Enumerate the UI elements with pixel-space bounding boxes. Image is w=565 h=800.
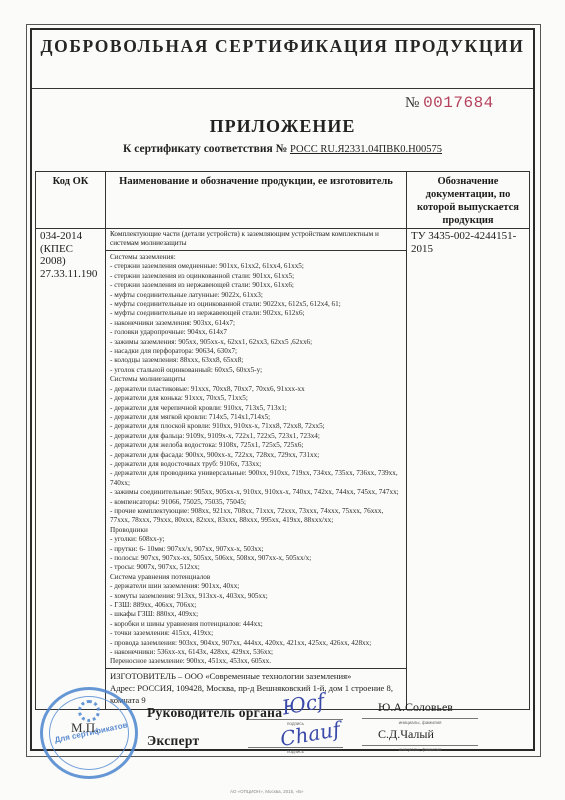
list-item: - шкафы ГЗШ: 880хх, 409хх; [110,610,402,619]
product-intro: Комплектующие части (детали устройств) к… [110,230,402,248]
list-section-heading: Переносное заземление: 900хх, 451хх, 453… [110,657,402,666]
list-item: - стержни заземления омедненные: 901хх, … [110,262,402,271]
list-item: - держатели для конька: 91ххх, 70хх5, 71… [110,394,402,403]
column-header-code: Код ОК [36,172,106,229]
column-header-name: Наименование и обозначение продукции, ее… [106,172,407,229]
list-item: - полосы: 907хх, 907хх-хх, 505хх, 506хх,… [110,554,402,563]
list-item: - компенсаторы: 91066, 75025, 75035, 750… [110,498,402,507]
appendix-subtitle: К сертификату соответствия № РОСС RU.Я23… [30,143,535,155]
seal-placeholder: М.П. [71,720,98,736]
list-item: - зажимы заземления: 905хх, 905хх-х, 62х… [110,338,402,347]
gear-emblem-icon [78,700,100,722]
list-item: - провода заземления: 903хх, 904хх, 907х… [110,639,402,648]
list-item: - тросы: 9007х, 907хх, 512хх; [110,563,402,572]
list-item: - муфты соединительные из нержавеющей ст… [110,309,402,318]
appendix-prefix: К сертификату соответствия № [123,143,287,155]
list-item: - наконечники: 536хх-хх, 6143х, 428хх, 4… [110,648,402,657]
list-section-heading: Системы заземления: [110,253,402,262]
doc-cell: ТУ 3435-002-4244151-2015 [407,229,530,710]
table-row: 034-2014(КПЕС 2008)27.33.11.190 Комплект… [36,229,530,669]
head-name-caption: инициалы, фамилия [362,720,478,725]
head-name-line [362,718,478,719]
code-cell: 034-2014(КПЕС 2008)27.33.11.190 [36,229,106,710]
list-item: - коробки и шины уравнения потенциалов: … [110,620,402,629]
list-item: - хомуты заземления: 913хх, 913хх-х, 403… [110,592,402,601]
manufacturer-name: ИЗГОТОВИТЕЛЬ – ООО «Современные технолог… [110,670,402,682]
list-item: - держатели для фасада: 900хх, 900хх-х, … [110,451,402,460]
code-line: 27.33.11.190 [40,268,101,281]
list-item: - держатели для мягкой кровли: 714х5, 71… [110,413,402,422]
list-item: - держатели шин заземления: 901хх, 40хх; [110,582,402,591]
head-name: Ю.А.Соловьев [378,700,453,715]
list-item: - держатели для черепичной кровли: 910хх… [110,404,402,413]
list-item: - держатели для плоской кровли: 910хх, 9… [110,422,402,431]
expert-signature-caption: подпись [248,749,343,754]
table-header-row: Код ОК Наименование и обозначение продук… [36,172,530,229]
product-list: Системы заземления:- стержни заземления … [106,250,406,667]
list-item: - зажимы соединительные: 905хх, 905хх-х,… [110,488,402,497]
list-item: - стержни заземления из нержавеющей стал… [110,281,402,290]
code-line: (КПЕС 2008) [40,243,101,268]
form-number: № 0017684 [405,94,494,112]
certification-heading: ДОБРОВОЛЬНАЯ СЕРТИФИКАЦИЯ ПРОДУКЦИИ [30,36,535,57]
manufacturer-cell: ИЗГОТОВИТЕЛЬ – ООО «Современные технолог… [106,668,407,709]
name-cell: Комплектующие части (детали устройств) к… [106,229,407,669]
expert-name-caption: инициалы, фамилия [362,747,478,752]
list-item: - наконечники заземления: 903хх, 614х7; [110,319,402,328]
product-table: Код ОК Наименование и обозначение продук… [35,171,530,710]
expert-name-line [362,745,478,746]
list-item: - точки заземления: 415хх, 419хх; [110,629,402,638]
list-item: - уголки: 608хх-у; [110,535,402,544]
expert-label: Эксперт [147,733,199,749]
list-item: - держатели для водосточных труб: 9106х,… [110,460,402,469]
code-line: 034-2014 [40,230,101,243]
list-item: - держатели для желоба водостока: 9108х,… [110,441,402,450]
header-divider [32,88,533,89]
list-item: - головки ударопрочные: 904хх, 614х7 [110,328,402,337]
certificate-reference: РОСС RU.Я2331.04ПВК0.Н00575 [290,144,442,155]
list-item: - стержни заземления из оцинкованной ста… [110,272,402,281]
list-section-heading: Системы молниезащиты [110,375,402,384]
list-item: - прочие комплектующие: 908хх, 921хх, 70… [110,507,402,526]
printer-note: АО «ОПЦИОН», Москва, 2015, «Б» [230,789,304,794]
list-section-heading: Проводники [110,526,402,535]
list-item: - муфты соединительные латунные: 9022х, … [110,291,402,300]
appendix-title: ПРИЛОЖЕНИЕ [30,116,535,137]
list-item: - прутки: 6- 10мм: 907хх/х, 907хх, 907хх… [110,545,402,554]
list-item: - держатели для фальца: 9109х, 9109х-х, … [110,432,402,441]
list-item: - колодцы заземления: 88ххх, 63хх8, 65хх… [110,356,402,365]
list-item: - насадки для перфоратора: 90634, 630х7; [110,347,402,356]
column-header-doc: Обозначение документации, по которой вып… [407,172,530,229]
list-item: - держатели для проводника универсальные… [110,469,402,488]
expert-name: С.Д.Чалый [378,727,434,742]
list-item: - уголок стальной оцинкованный: 60хх5, 6… [110,366,402,375]
manufacturer-address: Адрес: РОССИЯ, 109428, Москва, пр-д Вешн… [110,682,402,706]
form-number-value: 0017684 [423,94,494,112]
list-item: - держатели пластиковые: 91ххх, 70хх8, 7… [110,385,402,394]
list-item: - муфты соединительные из оцинкованной с… [110,300,402,309]
list-item: - ГЗШ: 889хх, 406хх, 706хх; [110,601,402,610]
list-section-heading: Система уравнения потенциалов [110,573,402,582]
number-sign: № [405,95,419,111]
